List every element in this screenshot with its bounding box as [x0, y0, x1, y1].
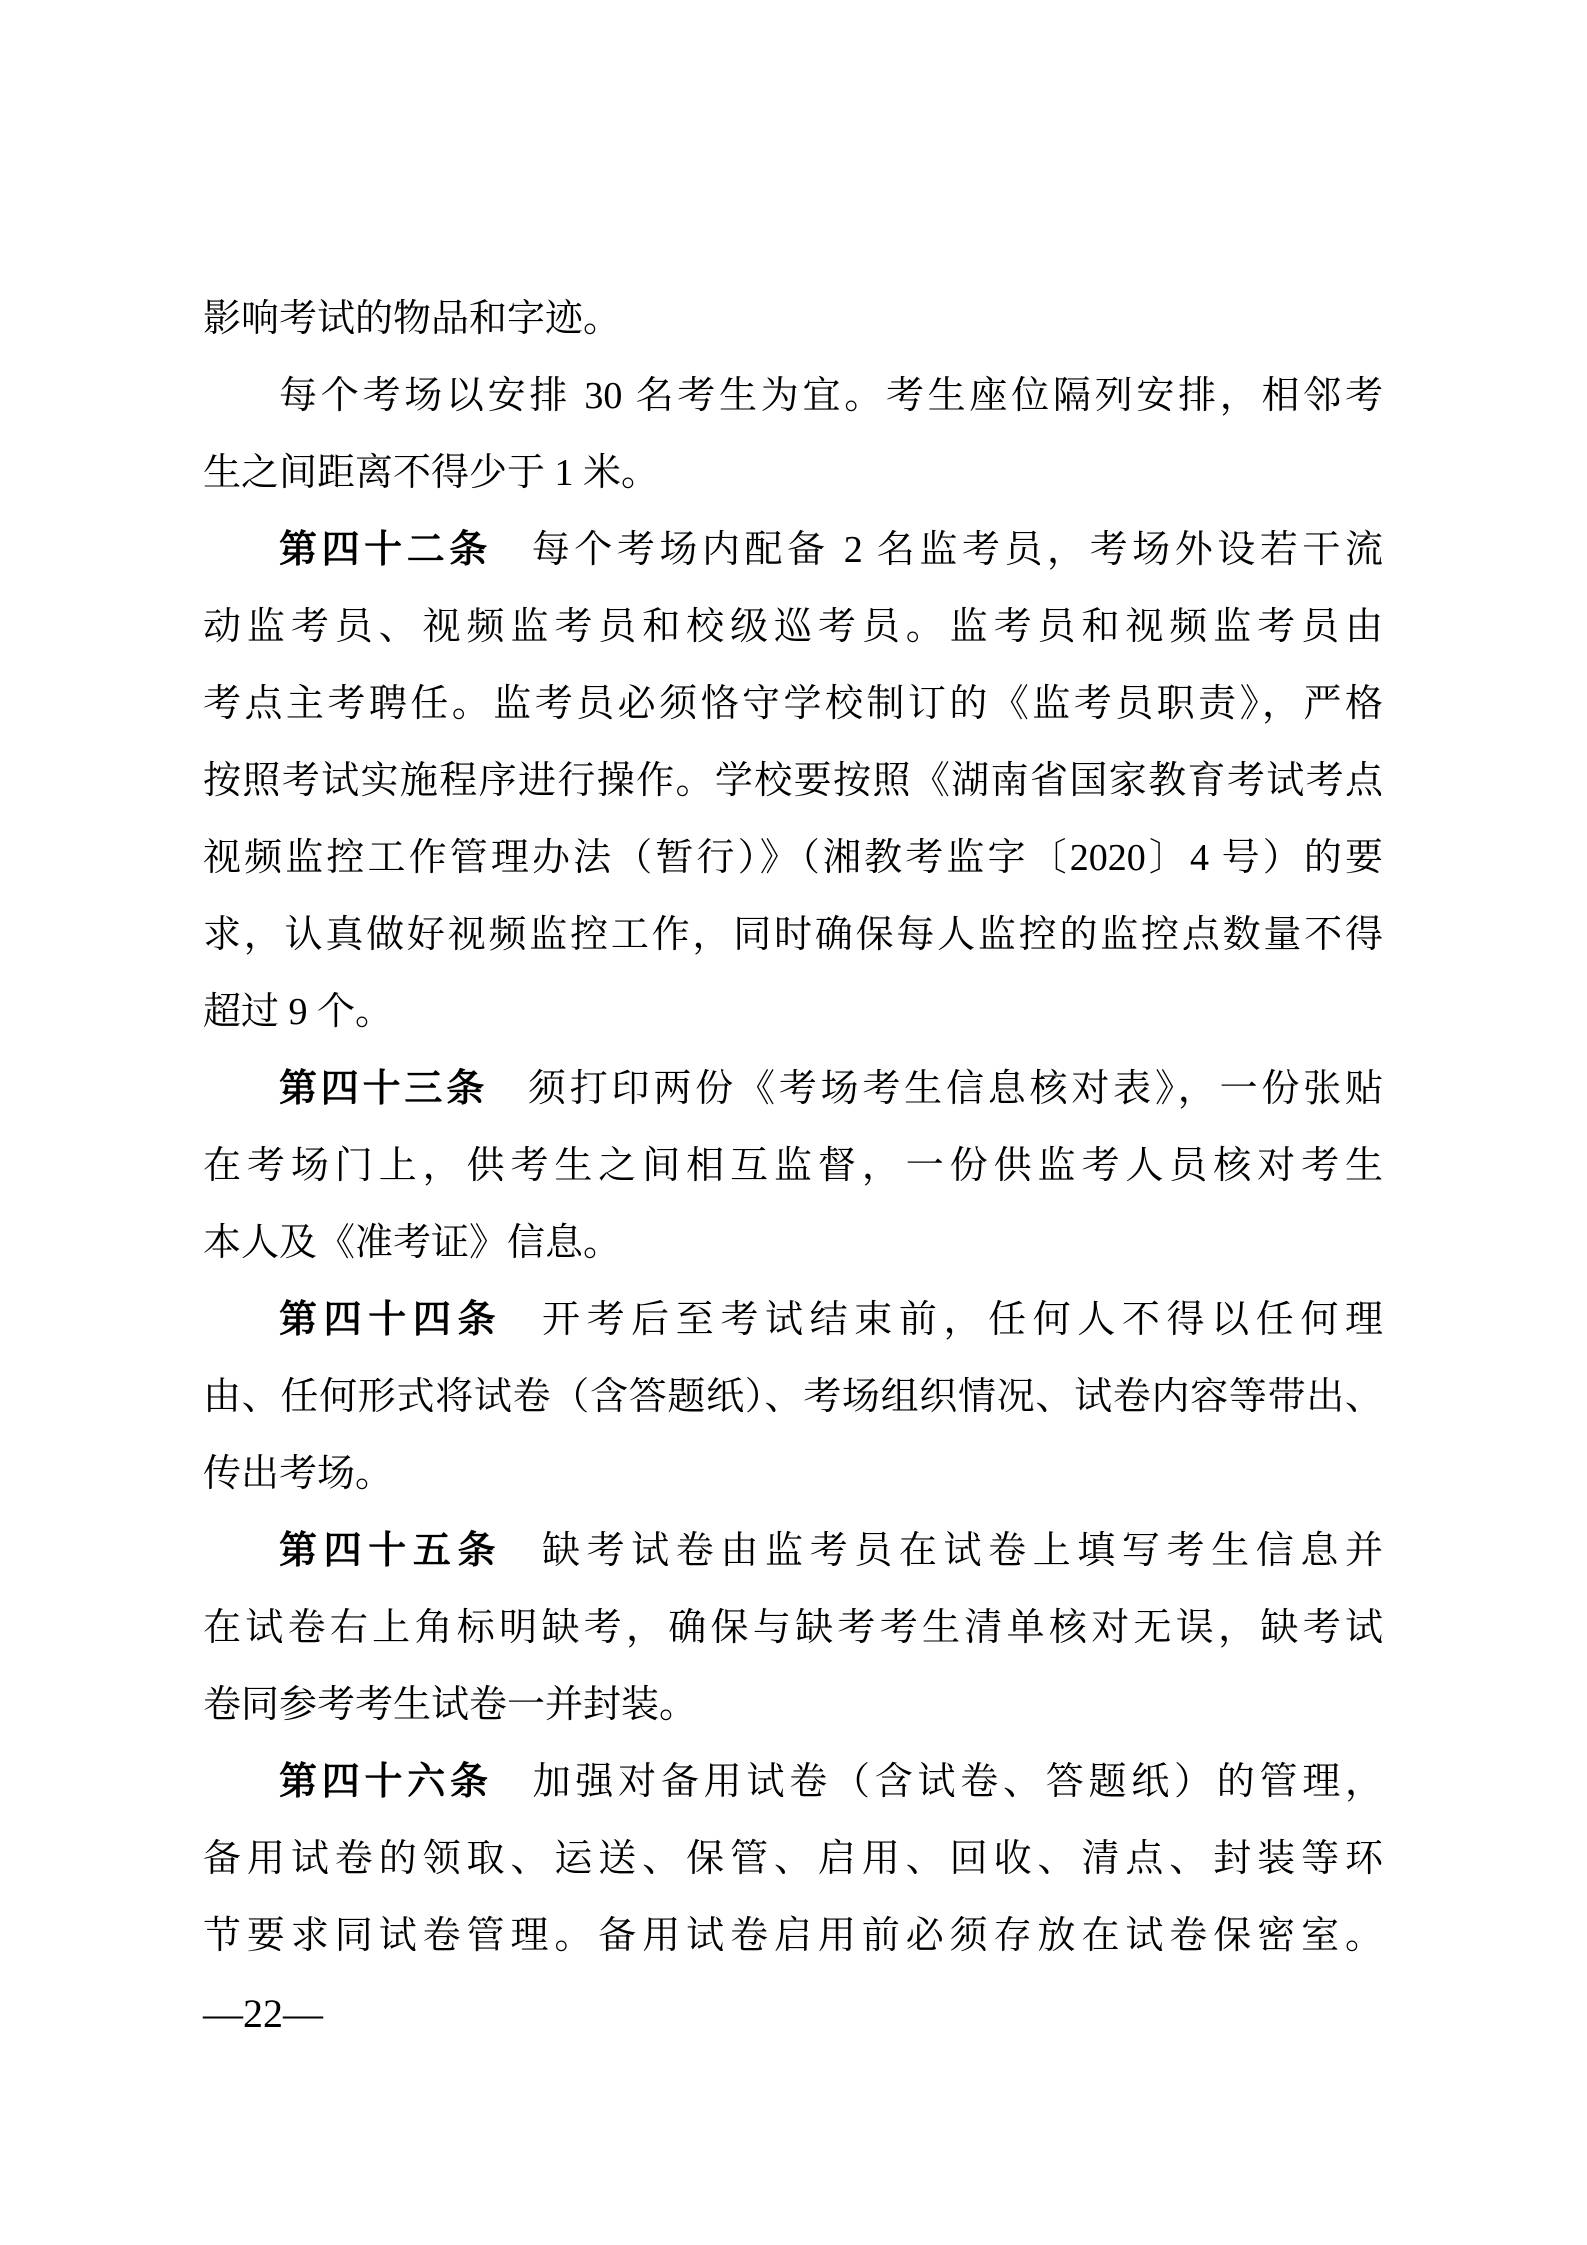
line-text: 卷同参考考生试卷一并封装。: [203, 1684, 697, 1726]
line-text: 每个考场以安排 30 名考生为宜。考生座位隔列安排，相邻考: [279, 375, 1383, 417]
paragraph: 第四十二条每个考场内配备 2 名监考员，考场外设若干流动监考员、视频监考员和校级…: [203, 512, 1383, 1051]
paragraph: 第四十六条加强对备用试卷（含试卷、答题纸）的管理，备用试卷的领取、运送、保管、启…: [203, 1744, 1383, 1975]
text-line: 影响考试的物品和字迹。: [203, 281, 1383, 358]
text-line: 在考场门上，供考生之间相互监督，一份供监考人员核对考生: [203, 1128, 1383, 1205]
line-text: 由、任何形式将试卷（含答题纸）、考场组织情况、试卷内容等带出、: [203, 1376, 1383, 1418]
paragraph: 影响考试的物品和字迹。: [203, 281, 1383, 358]
text-line: 视频监控工作管理办法（暂行）》（湘教考监字〔2020〕4 号）的要: [203, 820, 1383, 897]
line-text: 超过 9 个。: [203, 991, 393, 1033]
line-text: 传出考场。: [203, 1453, 393, 1495]
text-line: 求，认真做好视频监控工作，同时确保每人监控的监控点数量不得: [203, 897, 1383, 974]
text-line: 第四十六条加强对备用试卷（含试卷、答题纸）的管理，: [203, 1744, 1383, 1821]
text-line: 节要求同试卷管理。备用试卷启用前必须存放在试卷保密室。: [203, 1898, 1383, 1975]
document-page: 影响考试的物品和字迹。每个考场以安排 30 名考生为宜。考生座位隔列安排，相邻考…: [0, 0, 1587, 2245]
text-line: 卷同参考考生试卷一并封装。: [203, 1667, 1383, 1744]
paragraph: 第四十四条开考后至考试结束前，任何人不得以任何理由、任何形式将试卷（含答题纸）、…: [203, 1282, 1383, 1513]
line-text: 节要求同试卷管理。备用试卷启用前必须存放在试卷保密室。: [203, 1915, 1383, 1957]
line-text: 本人及《准考证》信息。: [203, 1222, 621, 1264]
line-text: 动监考员、视频监考员和校级巡考员。监考员和视频监考员由: [203, 606, 1383, 648]
text-line: 动监考员、视频监考员和校级巡考员。监考员和视频监考员由: [203, 589, 1383, 666]
text-line: 考点主考聘任。监考员必须恪守学校制订的《监考员职责》，严格: [203, 666, 1383, 743]
article-number: 第四十三条: [279, 1068, 488, 1110]
text-line: 超过 9 个。: [203, 974, 1383, 1051]
paragraph: 第四十五条缺考试卷由监考员在试卷上填写考生信息并在试卷右上角标明缺考，确保与缺考…: [203, 1513, 1383, 1744]
text-line: 由、任何形式将试卷（含答题纸）、考场组织情况、试卷内容等带出、: [203, 1359, 1383, 1436]
line-text: 按照考试实施程序进行操作。学校要按照《湖南省国家教育考试考点: [203, 760, 1383, 802]
line-text: 影响考试的物品和字迹。: [203, 298, 621, 340]
page-footer: —22—: [203, 1992, 323, 2036]
article-number: 第四十四条: [279, 1299, 502, 1341]
text-line: 第四十五条缺考试卷由监考员在试卷上填写考生信息并: [203, 1513, 1383, 1590]
line-text: 每个考场内配备 2 名监考员，考场外设若干流: [532, 529, 1383, 571]
page-number: —22—: [203, 1991, 323, 2036]
line-text: 须打印两份《考场考生信息核对表》，一份张贴: [528, 1068, 1383, 1110]
text-line: 在试卷右上角标明缺考，确保与缺考考生清单核对无误，缺考试: [203, 1590, 1383, 1667]
line-text: 在试卷右上角标明缺考，确保与缺考考生清单核对无误，缺考试: [203, 1607, 1383, 1649]
article-number: 第四十六条: [279, 1761, 493, 1803]
document-body: 影响考试的物品和字迹。每个考场以安排 30 名考生为宜。考生座位隔列安排，相邻考…: [203, 281, 1383, 1975]
line-text: 开考后至考试结束前，任何人不得以任何理: [542, 1299, 1383, 1341]
text-line: 备用试卷的领取、运送、保管、启用、回收、清点、封装等环: [203, 1821, 1383, 1898]
line-text: 视频监控工作管理办法（暂行）》（湘教考监字〔2020〕4 号）的要: [203, 837, 1383, 879]
line-text: 在考场门上，供考生之间相互监督，一份供监考人员核对考生: [203, 1145, 1383, 1187]
text-line: 第四十三条须打印两份《考场考生信息核对表》，一份张贴: [203, 1051, 1383, 1128]
text-line: 每个考场以安排 30 名考生为宜。考生座位隔列安排，相邻考: [203, 358, 1383, 435]
paragraph: 第四十三条须打印两份《考场考生信息核对表》，一份张贴在考场门上，供考生之间相互监…: [203, 1051, 1383, 1282]
article-number: 第四十五条: [279, 1530, 502, 1572]
line-text: 加强对备用试卷（含试卷、答题纸）的管理，: [533, 1761, 1383, 1803]
article-number: 第四十二条: [279, 529, 492, 571]
line-text: 备用试卷的领取、运送、保管、启用、回收、清点、封装等环: [203, 1838, 1383, 1880]
text-line: 生之间距离不得少于 1 米。: [203, 435, 1383, 512]
line-text: 生之间距离不得少于 1 米。: [203, 452, 659, 494]
line-text: 考点主考聘任。监考员必须恪守学校制订的《监考员职责》，严格: [203, 683, 1383, 725]
paragraph: 每个考场以安排 30 名考生为宜。考生座位隔列安排，相邻考生之间距离不得少于 1…: [203, 358, 1383, 512]
line-text: 缺考试卷由监考员在试卷上填写考生信息并: [542, 1530, 1383, 1572]
line-text: 求，认真做好视频监控工作，同时确保每人监控的监控点数量不得: [203, 914, 1383, 956]
text-line: 第四十二条每个考场内配备 2 名监考员，考场外设若干流: [203, 512, 1383, 589]
text-line: 本人及《准考证》信息。: [203, 1205, 1383, 1282]
text-line: 传出考场。: [203, 1436, 1383, 1513]
text-line: 第四十四条开考后至考试结束前，任何人不得以任何理: [203, 1282, 1383, 1359]
text-line: 按照考试实施程序进行操作。学校要按照《湖南省国家教育考试考点: [203, 743, 1383, 820]
